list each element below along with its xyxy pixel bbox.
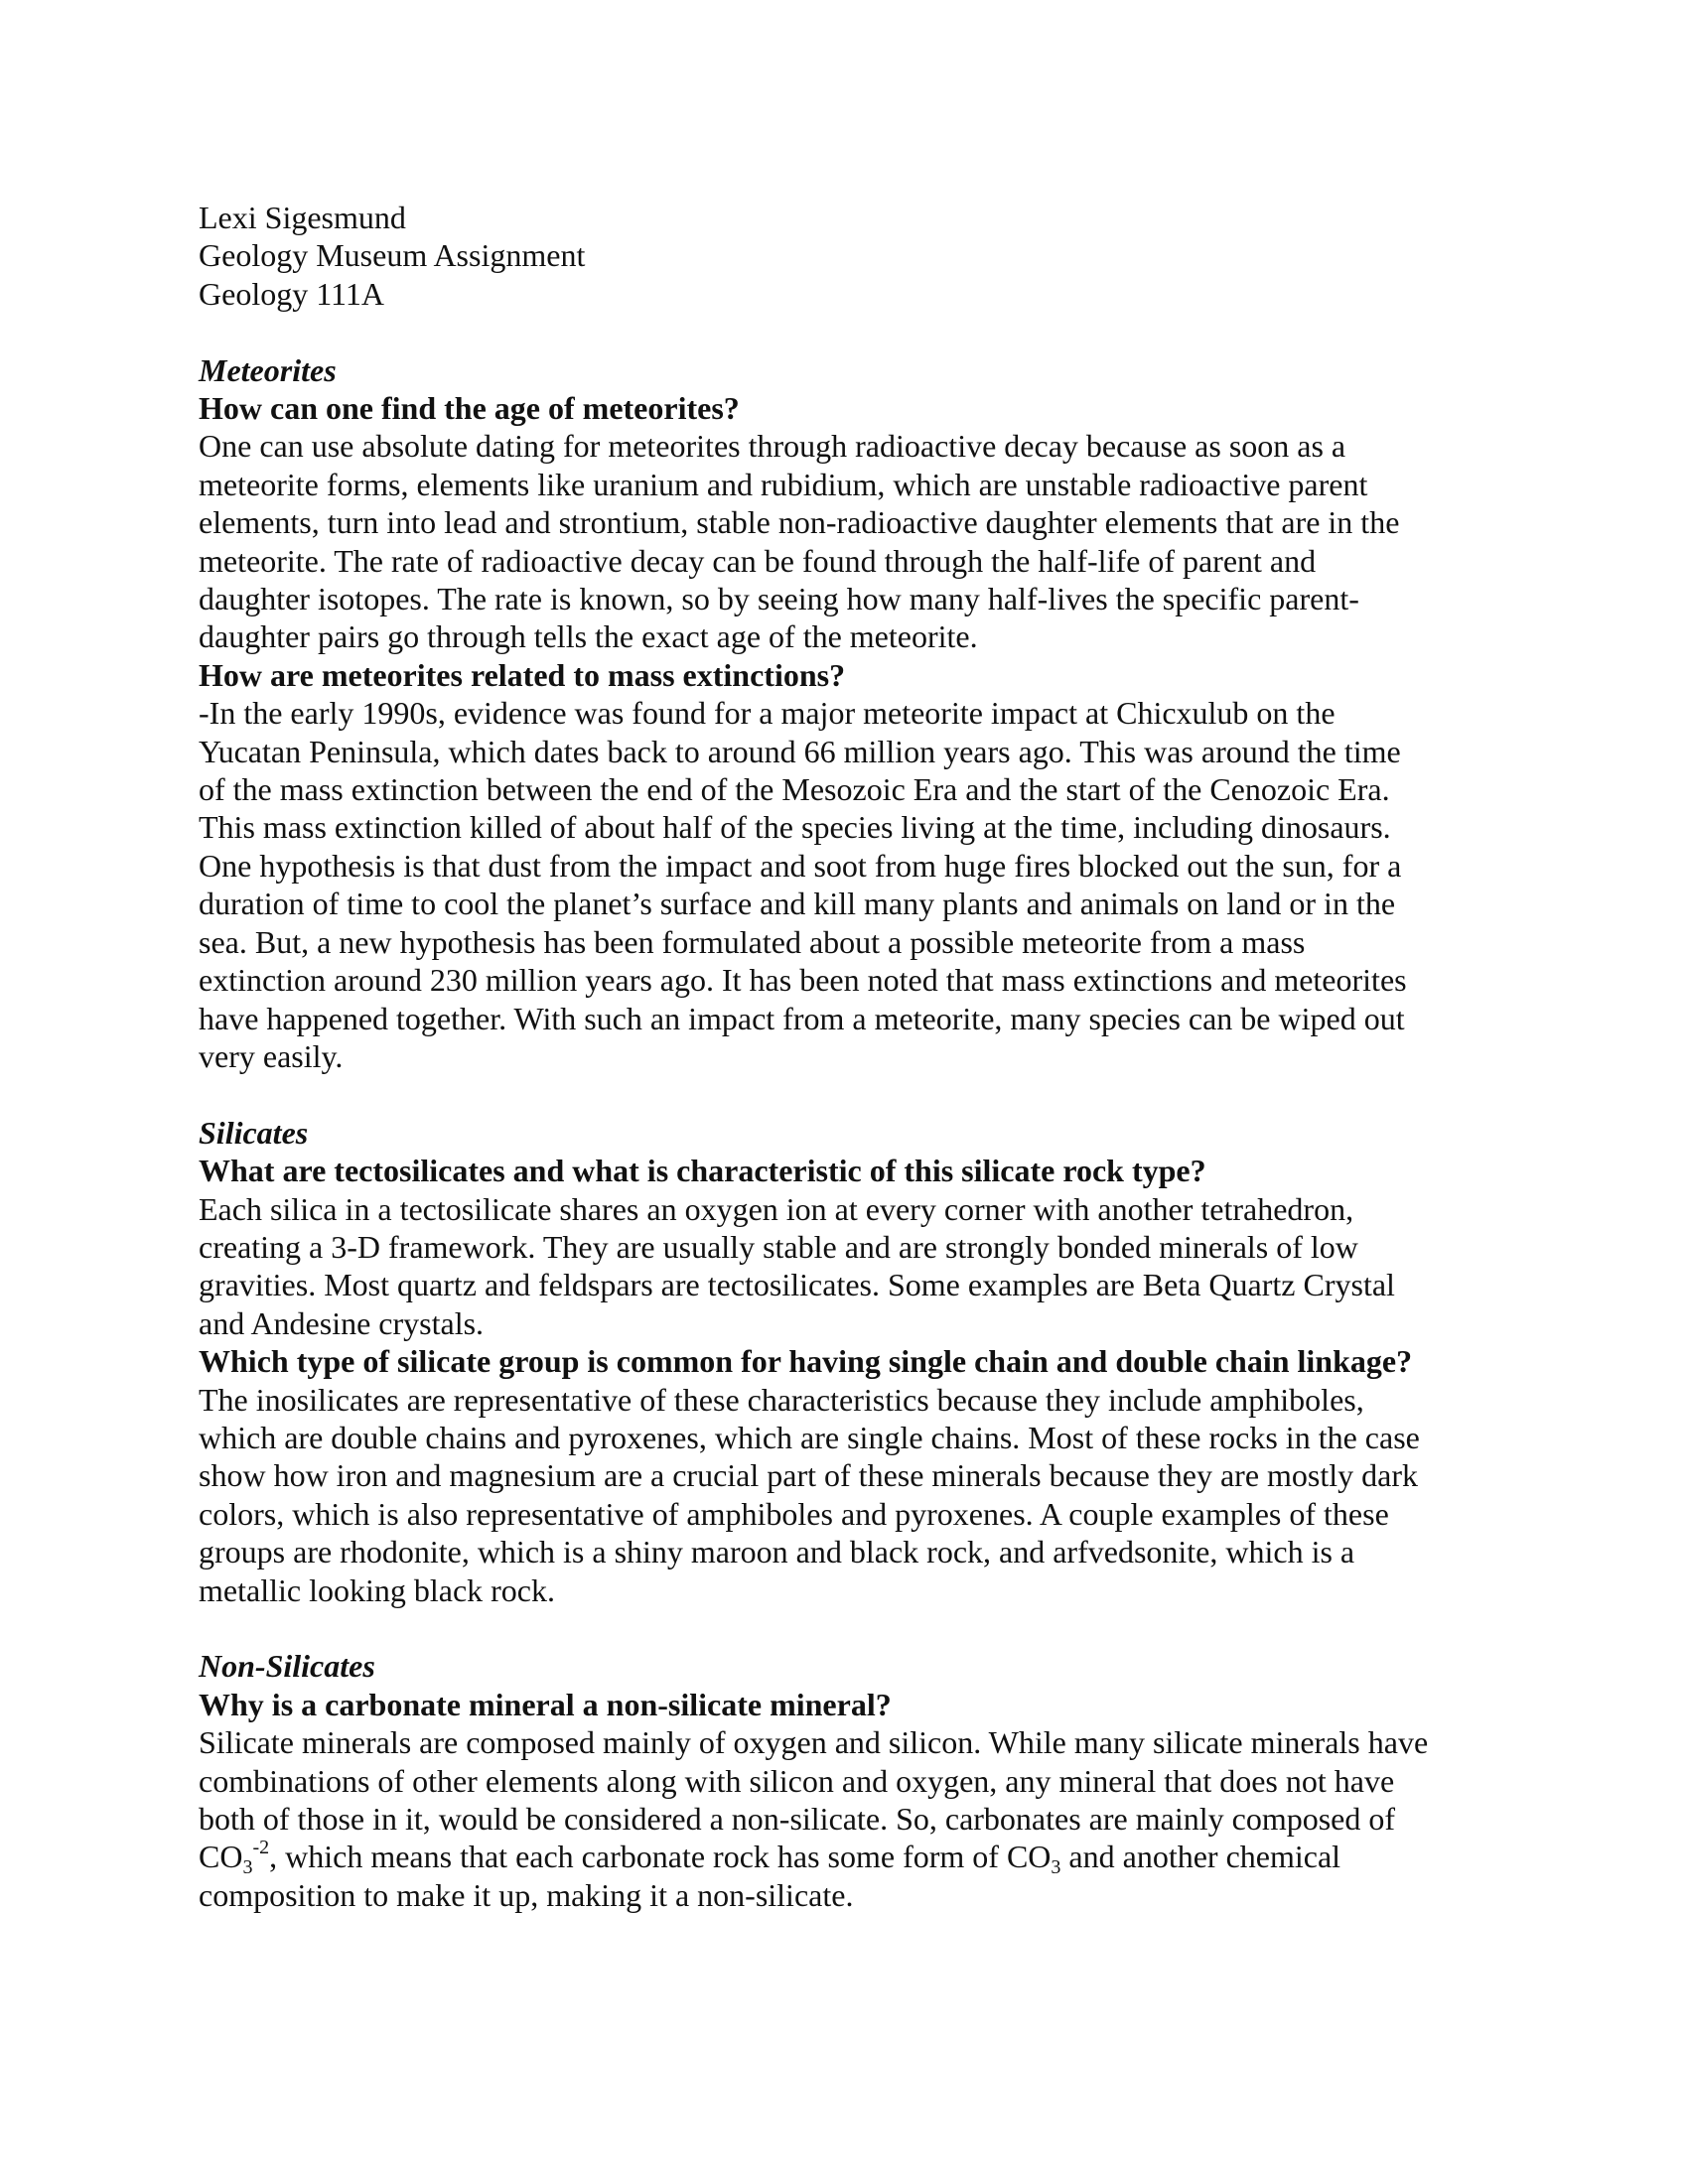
- document-page: Lexi Sigesmund Geology Museum Assignment…: [199, 199, 1509, 1953]
- chemical-formula-carbonate-ion: CO3-2: [199, 1839, 269, 1874]
- question-heading: How are meteorites related to mass extin…: [199, 656, 1509, 694]
- answer-line: One hypothesis is that dust from the imp…: [199, 847, 1509, 885]
- answer-line: combinations of other elements along wit…: [199, 1762, 1509, 1800]
- answer-line-formula: CO3-2, which means that each carbonate r…: [199, 1838, 1509, 1875]
- answer-line: meteorite forms, elements like uranium a…: [199, 466, 1509, 503]
- section-title: Non-Silicates: [199, 1647, 1509, 1685]
- answer-line: This mass extinction killed of about hal…: [199, 808, 1509, 846]
- answer-line: Each silica in a tectosilicate shares an…: [199, 1190, 1509, 1228]
- assignment-title: Geology Museum Assignment: [199, 236, 1509, 274]
- answer-line: elements, turn into lead and strontium, …: [199, 503, 1509, 541]
- answer-line: duration of time to cool the planet’s su…: [199, 885, 1509, 922]
- answer-line: both of those in it, would be considered…: [199, 1800, 1509, 1838]
- answer-paragraph: The inosilicates are representative of t…: [199, 1381, 1509, 1609]
- author-name: Lexi Sigesmund: [199, 199, 1509, 236]
- section-title: Meteorites: [199, 351, 1509, 389]
- section-title: Silicates: [199, 1114, 1509, 1152]
- answer-line: meteorite. The rate of radioactive decay…: [199, 542, 1509, 580]
- document-header: Lexi Sigesmund Geology Museum Assignment…: [199, 199, 1509, 313]
- answer-paragraph: One can use absolute dating for meteorit…: [199, 427, 1509, 655]
- answer-line: have happened together. With such an imp…: [199, 1000, 1509, 1037]
- section-meteorites: Meteorites How can one find the age of m…: [199, 351, 1509, 1076]
- section-non-silicates: Non-Silicates Why is a carbonate mineral…: [199, 1647, 1509, 1914]
- answer-line: very easily.: [199, 1037, 1509, 1075]
- course-name: Geology 111A: [199, 275, 1509, 313]
- answer-line: The inosilicates are representative of t…: [199, 1381, 1509, 1419]
- answer-line: daughter isotopes. The rate is known, so…: [199, 580, 1509, 617]
- answer-line: sea. But, a new hypothesis has been form…: [199, 923, 1509, 961]
- answer-line: Silicate minerals are composed mainly of…: [199, 1723, 1509, 1761]
- answer-line: Yucatan Peninsula, which dates back to a…: [199, 733, 1509, 770]
- answer-line: composition to make it up, making it a n…: [199, 1876, 1509, 1914]
- answer-line: groups are rhodonite, which is a shiny m…: [199, 1533, 1509, 1570]
- answer-line: which are double chains and pyroxenes, w…: [199, 1419, 1509, 1456]
- answer-line: extinction around 230 million years ago.…: [199, 961, 1509, 999]
- answer-paragraph: Each silica in a tectosilicate shares an…: [199, 1190, 1509, 1343]
- question-heading: What are tectosilicates and what is char…: [199, 1152, 1509, 1189]
- formula-superscript: -2: [252, 1837, 269, 1858]
- answer-line: colors, which is also representative of …: [199, 1495, 1509, 1533]
- section-silicates: Silicates What are tectosilicates and wh…: [199, 1114, 1509, 1609]
- formula-text: CO: [1007, 1839, 1051, 1874]
- question-heading: Why is a carbonate mineral a non-silicat…: [199, 1686, 1509, 1723]
- answer-line: and Andesine crystals.: [199, 1304, 1509, 1342]
- answer-line: metallic looking black rock.: [199, 1571, 1509, 1609]
- answer-paragraph: Silicate minerals are composed mainly of…: [199, 1723, 1509, 1914]
- formula-subscript: 3: [1051, 1856, 1060, 1878]
- answer-text: and another chemical: [1060, 1839, 1340, 1874]
- answer-text: , which means that each carbonate rock h…: [269, 1839, 1007, 1874]
- question-heading: Which type of silicate group is common f…: [199, 1342, 1509, 1380]
- formula-text: CO: [199, 1839, 242, 1874]
- answer-line: gravities. Most quartz and feldspars are…: [199, 1266, 1509, 1303]
- answer-paragraph: -In the early 1990s, evidence was found …: [199, 694, 1509, 1075]
- answer-line: show how iron and magnesium are a crucia…: [199, 1456, 1509, 1494]
- answer-line: -In the early 1990s, evidence was found …: [199, 694, 1509, 732]
- question-heading: How can one find the age of meteorites?: [199, 389, 1509, 427]
- chemical-formula-carbonate: CO3: [1007, 1839, 1060, 1874]
- answer-line: daughter pairs go through tells the exac…: [199, 617, 1509, 655]
- answer-line: of the mass extinction between the end o…: [199, 770, 1509, 808]
- answer-line: One can use absolute dating for meteorit…: [199, 427, 1509, 465]
- answer-line: creating a 3-D framework. They are usual…: [199, 1228, 1509, 1266]
